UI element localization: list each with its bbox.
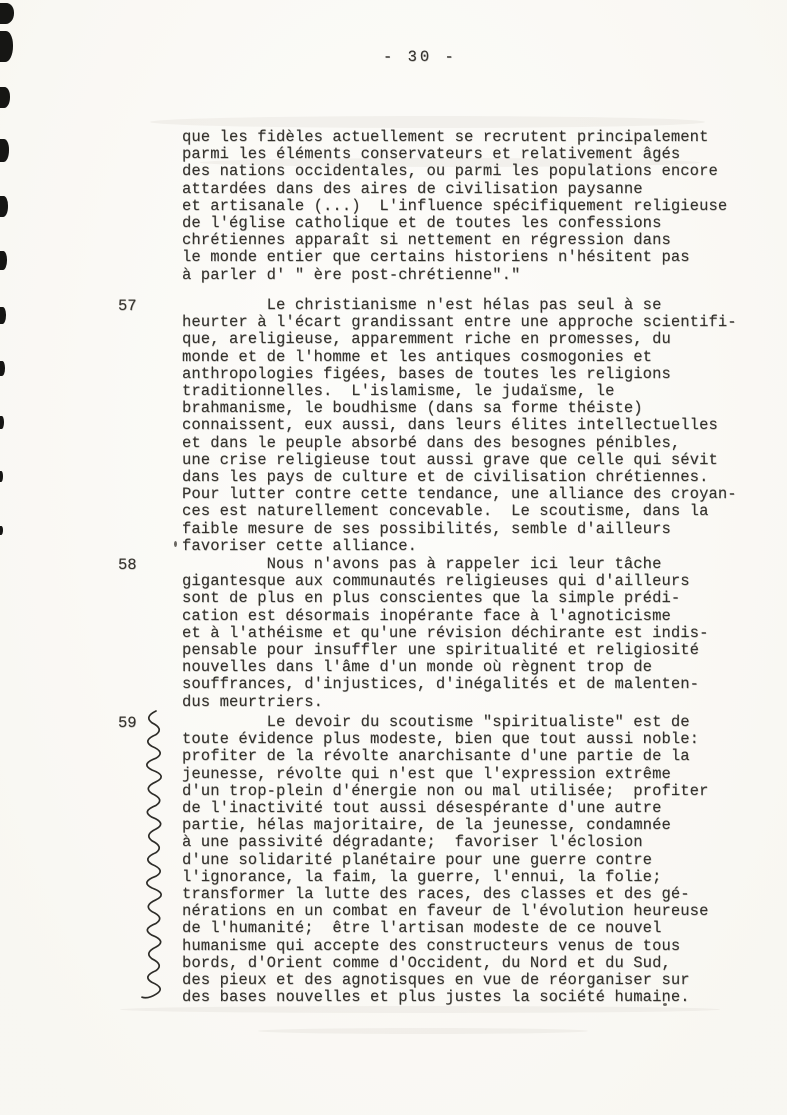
text-line: d'un trop-plein d'énergie non ou mal uti…	[182, 783, 778, 800]
text-line: Le devoir du scoutisme "spiritualiste" e…	[182, 714, 778, 731]
film-edge-mark	[0, 196, 8, 217]
text-line: sont de plus en plus conscientes que la …	[182, 590, 778, 607]
film-edge-mark	[0, 307, 6, 324]
text-line: d'une solidarité planétaire pour une gue…	[182, 852, 778, 869]
scan-smudge	[258, 1028, 588, 1034]
text-line: à parler d' " ère post-chrétienne"."	[182, 267, 778, 284]
text-line: Le christianisme n'est hélas pas seul à …	[182, 297, 778, 314]
text-line: et dans le peuple absorbé dans des besog…	[182, 435, 778, 452]
quote-continuation: que les fidèles actuellement se recruten…	[118, 129, 778, 284]
text-line: traditionnelles. L'islamisme, le judaïsm…	[182, 383, 778, 400]
paragraph-58: 58 Nous n'avons pas à rappeler ici leur …	[118, 556, 778, 711]
text-line: des nations occidentales, ou parmi les p…	[182, 163, 778, 180]
text-line: favoriser cette alliance.	[182, 538, 778, 555]
film-edge-mark	[0, 416, 4, 429]
film-edge-mark	[0, 471, 3, 482]
paragraph-57: 57 Le christianisme n'est hélas pas seul…	[118, 297, 778, 555]
text-line: l'ignorance, la faim, la guerre, l'ennui…	[182, 869, 778, 886]
paragraph-59: 59 Le devoir du scoutisme "spiritualiste…	[118, 714, 778, 1006]
film-edge-mark	[0, 251, 7, 270]
text-line: toute évidence plus modeste, bien que to…	[182, 731, 778, 748]
text-line: nérations en un combat en faveur de l'év…	[182, 903, 778, 920]
margin-wavy-line-annotation	[131, 706, 167, 1006]
film-edge-mark	[0, 3, 14, 24]
text-line: dans les pays de culture et de civilisat…	[182, 469, 778, 486]
text-line: souffrances, d'injustices, d'inégalités …	[182, 676, 778, 693]
text-line: et artisanale (...) L'influence spécifiq…	[182, 198, 778, 215]
text-line: que les fidèles actuellement se recruten…	[182, 129, 778, 146]
text-line: attardées dans des aires de civilisation…	[182, 181, 778, 198]
text-line: à une passivité dégradante; favoriser l'…	[182, 834, 778, 851]
text-line: partie, hélas majoritaire, de la jeuness…	[182, 817, 778, 834]
text-line: jeunesse, révolte qui n'est que l'expres…	[182, 766, 778, 783]
text-line: parmi les éléments conservateurs et rela…	[182, 146, 778, 163]
text-line: brahmanisme, le boudhisme (dans sa forme…	[182, 400, 778, 417]
text-line: de l'église catholique et de toutes les …	[182, 215, 778, 232]
text-line: profiter de la révolte anarchisante d'un…	[182, 748, 778, 765]
text-line: de l'humanité; être l'artisan modeste de…	[182, 920, 778, 937]
text-line: le monde entier que certains historiens …	[182, 249, 778, 266]
scan-smudge	[120, 1006, 720, 1013]
text-line: une crise religieuse tout aussi grave qu…	[182, 452, 778, 469]
film-edge-mark	[0, 87, 10, 108]
text-line: transformer la lutte des races, des clas…	[182, 886, 778, 903]
text-line: ces est naturellement concevable. Le sco…	[182, 503, 778, 520]
text-line: Nous n'avons pas à rappeler ici leur tâc…	[182, 556, 778, 573]
scan-smudge	[150, 116, 705, 128]
text-line: et à l'athéisme et qu'une révision déchi…	[182, 625, 778, 642]
paragraph-number: 57	[118, 297, 137, 315]
text-line: gigantesque aux communautés religieuses …	[182, 573, 778, 590]
text-line: de l'inactivité tout aussi désespérante …	[182, 800, 778, 817]
text-line: bords, d'Orient comme d'Occident, du Nor…	[182, 955, 778, 972]
text-line: que, areligieuse, apparemment riche en p…	[182, 331, 778, 348]
text-line: chrétiennes apparaît si nettement en rég…	[182, 232, 778, 249]
film-edge-mark	[0, 361, 5, 376]
text-line: pensable pour insuffler une spiritualité…	[182, 642, 778, 659]
film-edge-mark	[0, 526, 3, 535]
text-line: des pieux et des agnotisques en vue de r…	[182, 972, 778, 989]
text-line: anthropologies figées, bases de toutes l…	[182, 366, 778, 383]
page-number: - 30 -	[383, 48, 457, 66]
text-line: heurter à l'écart grandissant entre une …	[182, 314, 778, 331]
text-line: monde et de l'homme et les antiques cosm…	[182, 349, 778, 366]
text-line: dus meurtriers.	[182, 694, 778, 711]
text-line: cation est désormais inopérante face à l…	[182, 608, 778, 625]
text-line: humanisme qui accepte des constructeurs …	[182, 938, 778, 955]
text-line: des bases nouvelles et plus justes la so…	[182, 989, 778, 1006]
text-line: connaissent, eux aussi, dans leurs élite…	[182, 417, 778, 434]
film-edge-mark	[0, 31, 13, 62]
document-page: - 30 - que les fidèles actuellement se r…	[0, 0, 787, 1115]
text-line: faible mesure de ses possibilités, sembl…	[182, 521, 778, 538]
text-line: nouvelles dans l'âme d'un monde où règne…	[182, 659, 778, 676]
paragraph-number: 58	[118, 556, 137, 574]
film-edge-mark	[0, 139, 9, 162]
text-line: Pour lutter contre cette tendance, une a…	[182, 486, 778, 503]
